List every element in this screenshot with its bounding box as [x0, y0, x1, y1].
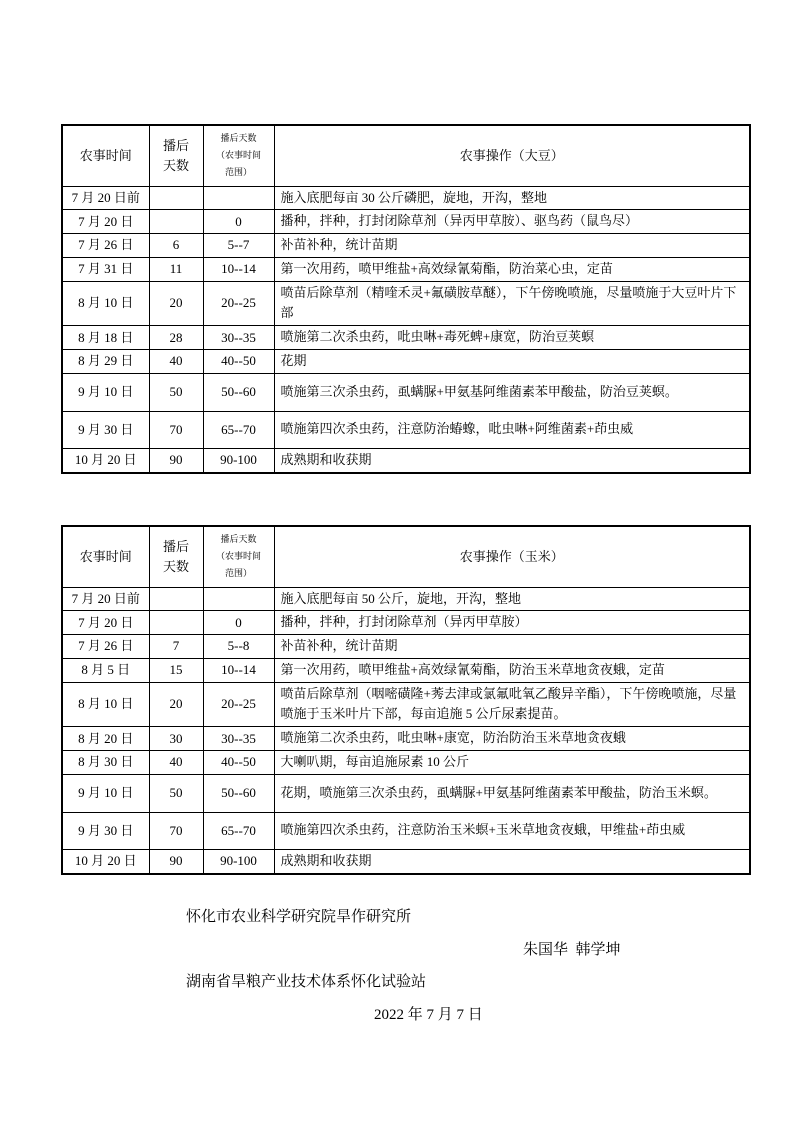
cell-days: 90 [149, 448, 203, 472]
table-row: 8 月 29 日4040--50花期 [62, 350, 750, 374]
header-operation-corn: 农事操作（玉米） [274, 526, 750, 587]
cell-date: 8 月 20 日 [62, 727, 149, 751]
cell-range: 5--7 [203, 234, 274, 258]
cell-date: 8 月 5 日 [62, 658, 149, 682]
cell-days: 11 [149, 257, 203, 281]
header-farm-time: 农事时间 [62, 125, 149, 186]
cell-range: 65--70 [203, 812, 274, 849]
cell-days: 7 [149, 635, 203, 659]
cell-range: 10--14 [203, 658, 274, 682]
cell-range: 40--50 [203, 350, 274, 374]
cell-operation: 大喇叭期，每亩追施尿素 10 公斤 [274, 751, 750, 775]
cell-days: 20 [149, 281, 203, 326]
cell-date: 9 月 30 日 [62, 411, 149, 448]
table-row: 9 月 10 日5050--60喷施第三次杀虫药，虱螨脲+甲氨基阿维菌素苯甲酸盐… [62, 373, 750, 411]
cell-range: 30--35 [203, 727, 274, 751]
cell-date: 7 月 26 日 [62, 635, 149, 659]
cell-operation: 补苗补种，统计苗期 [274, 234, 750, 258]
cell-days: 50 [149, 774, 203, 812]
cell-date: 8 月 10 日 [62, 682, 149, 727]
cell-days: 90 [149, 849, 203, 873]
cell-range: 90-100 [203, 849, 274, 873]
cell-date: 7 月 20 日前 [62, 186, 149, 210]
cell-date: 7 月 26 日 [62, 234, 149, 258]
cell-days [149, 587, 203, 611]
table-row: 8 月 18 日2830--35喷施第二次杀虫药，吡虫啉+毒死蜱+康宽，防治豆荚… [62, 326, 750, 350]
soybean-table-header: 农事时间 播后 天数 播后天数 （农事时间 范围） 农事操作（大豆） [62, 125, 750, 186]
cell-operation: 喷施第四次杀虫药，注意防治蝽蟓，吡虫啉+阿维菌素+茚虫威 [274, 411, 750, 448]
cell-operation: 喷苗后除草剂（精喹禾灵+氟磺胺草醚），下午傍晚喷施，尽量喷施于大豆叶片下部 [274, 281, 750, 326]
cell-days: 28 [149, 326, 203, 350]
cell-range: 50--60 [203, 373, 274, 411]
footer-institute-line2: 湖南省旱粮产业技术体系怀化试验站 [186, 970, 426, 991]
cell-date: 7 月 20 日 [62, 210, 149, 234]
cell-days [149, 210, 203, 234]
cell-days: 15 [149, 658, 203, 682]
table-row: 7 月 20 日前施入底肥每亩 30 公斤磷肥，旋地，开沟，整地 [62, 186, 750, 210]
cell-operation: 补苗补种，统计苗期 [274, 635, 750, 659]
cell-date: 8 月 10 日 [62, 281, 149, 326]
cell-date: 9 月 10 日 [62, 774, 149, 812]
cell-days [149, 186, 203, 210]
cell-range: 50--60 [203, 774, 274, 812]
cell-operation: 播种，拌种，打封闭除草剂（异丙甲草胺）、驱鸟药（鼠鸟尽） [274, 210, 750, 234]
cell-date: 7 月 20 日前 [62, 587, 149, 611]
footer-authors: 朱国华 韩学坤 [523, 938, 621, 959]
cell-date: 10 月 20 日 [62, 849, 149, 873]
corn-table-header: 农事时间 播后 天数 播后天数 （农事时间 范围） 农事操作（玉米） [62, 526, 750, 587]
cell-operation: 喷施第二次杀虫药，吡虫啉+康宽，防治防治玉米草地贪夜蛾 [274, 727, 750, 751]
cell-days: 40 [149, 350, 203, 374]
cell-date: 8 月 30 日 [62, 751, 149, 775]
cell-range: 5--8 [203, 635, 274, 659]
cell-days [149, 611, 203, 635]
cell-date: 7 月 31 日 [62, 257, 149, 281]
cell-range: 0 [203, 611, 274, 635]
cell-operation: 喷施第二次杀虫药，吡虫啉+毒死蜱+康宽，防治豆荚螟 [274, 326, 750, 350]
cell-range: 20--25 [203, 281, 274, 326]
cell-operation: 第一次用药，喷甲维盐+高效绿氰菊酯，防治玉米草地贪夜蛾，定苗 [274, 658, 750, 682]
header-days-range: 播后天数 （农事时间 范围） [203, 526, 274, 587]
header-days-after-sow: 播后 天数 [149, 526, 203, 587]
table-row: 9 月 30 日7065--70喷施第四次杀虫药，注意防治蝽蟓，吡虫啉+阿维菌素… [62, 411, 750, 448]
cell-range [203, 186, 274, 210]
table-row: 7 月 20 日0播种，拌种，打封闭除草剂（异丙甲草胺）、驱鸟药（鼠鸟尽） [62, 210, 750, 234]
cell-days: 30 [149, 727, 203, 751]
table-row: 7 月 26 日75--8补苗补种，统计苗期 [62, 635, 750, 659]
cell-operation: 施入底肥每亩 50 公斤，旋地，开沟，整地 [274, 587, 750, 611]
cell-operation: 喷苗后除草剂（咽嘧磺隆+莠去津或氯氟吡氧乙酸异辛酯），下午傍晚喷施，尽量喷施于玉… [274, 682, 750, 727]
cell-date: 9 月 10 日 [62, 373, 149, 411]
cell-range: 10--14 [203, 257, 274, 281]
table-row: 9 月 10 日5050--60花期，喷施第三次杀虫药，虱螨脲+甲氨基阿维菌素苯… [62, 774, 750, 812]
cell-date: 8 月 18 日 [62, 326, 149, 350]
cell-range: 90-100 [203, 448, 274, 472]
table-row: 7 月 20 日前施入底肥每亩 50 公斤，旋地，开沟，整地 [62, 587, 750, 611]
corn-table-body: 7 月 20 日前施入底肥每亩 50 公斤，旋地，开沟，整地7 月 20 日0播… [62, 587, 750, 874]
table-row: 8 月 20 日3030--35喷施第二次杀虫药，吡虫啉+康宽，防治防治玉米草地… [62, 727, 750, 751]
cell-range: 20--25 [203, 682, 274, 727]
cell-operation: 花期 [274, 350, 750, 374]
cell-operation: 施入底肥每亩 30 公斤磷肥，旋地，开沟，整地 [274, 186, 750, 210]
cell-days: 20 [149, 682, 203, 727]
cell-operation: 播种，拌种，打封闭除草剂（异丙甲草胺） [274, 611, 750, 635]
cell-operation: 喷施第三次杀虫药，虱螨脲+甲氨基阿维菌素苯甲酸盐，防治豆荚螟。 [274, 373, 750, 411]
cell-operation: 第一次用药，喷甲维盐+高效绿氰菊酯，防治菜心虫，定苗 [274, 257, 750, 281]
header-farm-time: 农事时间 [62, 526, 149, 587]
cell-date: 9 月 30 日 [62, 812, 149, 849]
cell-date: 10 月 20 日 [62, 448, 149, 472]
cell-date: 7 月 20 日 [62, 611, 149, 635]
cell-range: 40--50 [203, 751, 274, 775]
corn-schedule-table: 农事时间 播后 天数 播后天数 （农事时间 范围） 农事操作（玉米） 7 月 2… [61, 525, 751, 875]
cell-days: 6 [149, 234, 203, 258]
table-row: 8 月 10 日2020--25喷苗后除草剂（咽嘧磺隆+莠去津或氯氟吡氧乙酸异辛… [62, 682, 750, 727]
cell-operation: 成熟期和收获期 [274, 849, 750, 873]
cell-range: 0 [203, 210, 274, 234]
table-row: 7 月 26 日65--7补苗补种，统计苗期 [62, 234, 750, 258]
document-page: 农事时间 播后 天数 播后天数 （农事时间 范围） 农事操作（大豆） 7 月 2… [0, 0, 793, 1122]
cell-range [203, 587, 274, 611]
cell-days: 40 [149, 751, 203, 775]
soybean-schedule-table: 农事时间 播后 天数 播后天数 （农事时间 范围） 农事操作（大豆） 7 月 2… [61, 124, 751, 474]
cell-days: 70 [149, 411, 203, 448]
table-row: 7 月 31 日1110--14第一次用药，喷甲维盐+高效绿氰菊酯，防治菜心虫，… [62, 257, 750, 281]
cell-days: 50 [149, 373, 203, 411]
footer-date: 2022 年 7 月 7 日 [374, 1003, 483, 1024]
table-row: 8 月 10 日2020--25喷苗后除草剂（精喹禾灵+氟磺胺草醚），下午傍晚喷… [62, 281, 750, 326]
cell-date: 8 月 29 日 [62, 350, 149, 374]
soybean-table-body: 7 月 20 日前施入底肥每亩 30 公斤磷肥，旋地，开沟，整地7 月 20 日… [62, 186, 750, 473]
table-row: 10 月 20 日9090-100成熟期和收获期 [62, 448, 750, 472]
cell-range: 65--70 [203, 411, 274, 448]
table-row: 7 月 20 日0播种，拌种，打封闭除草剂（异丙甲草胺） [62, 611, 750, 635]
footer-institute-line1: 怀化市农业科学研究院旱作研究所 [186, 905, 411, 926]
cell-operation: 喷施第四次杀虫药，注意防治玉米螟+玉米草地贪夜蛾，甲维盐+茚虫威 [274, 812, 750, 849]
table-row: 8 月 30 日4040--50大喇叭期，每亩追施尿素 10 公斤 [62, 751, 750, 775]
table-row: 10 月 20 日9090-100成熟期和收获期 [62, 849, 750, 873]
header-days-after-sow: 播后 天数 [149, 125, 203, 186]
table-row: 8 月 5 日1510--14第一次用药，喷甲维盐+高效绿氰菊酯，防治玉米草地贪… [62, 658, 750, 682]
cell-operation: 成熟期和收获期 [274, 448, 750, 472]
header-operation-soybean: 农事操作（大豆） [274, 125, 750, 186]
header-days-range: 播后天数 （农事时间 范围） [203, 125, 274, 186]
table-row: 9 月 30 日7065--70喷施第四次杀虫药，注意防治玉米螟+玉米草地贪夜蛾… [62, 812, 750, 849]
cell-operation: 花期，喷施第三次杀虫药，虱螨脲+甲氨基阿维菌素苯甲酸盐，防治玉米螟。 [274, 774, 750, 812]
cell-range: 30--35 [203, 326, 274, 350]
cell-days: 70 [149, 812, 203, 849]
